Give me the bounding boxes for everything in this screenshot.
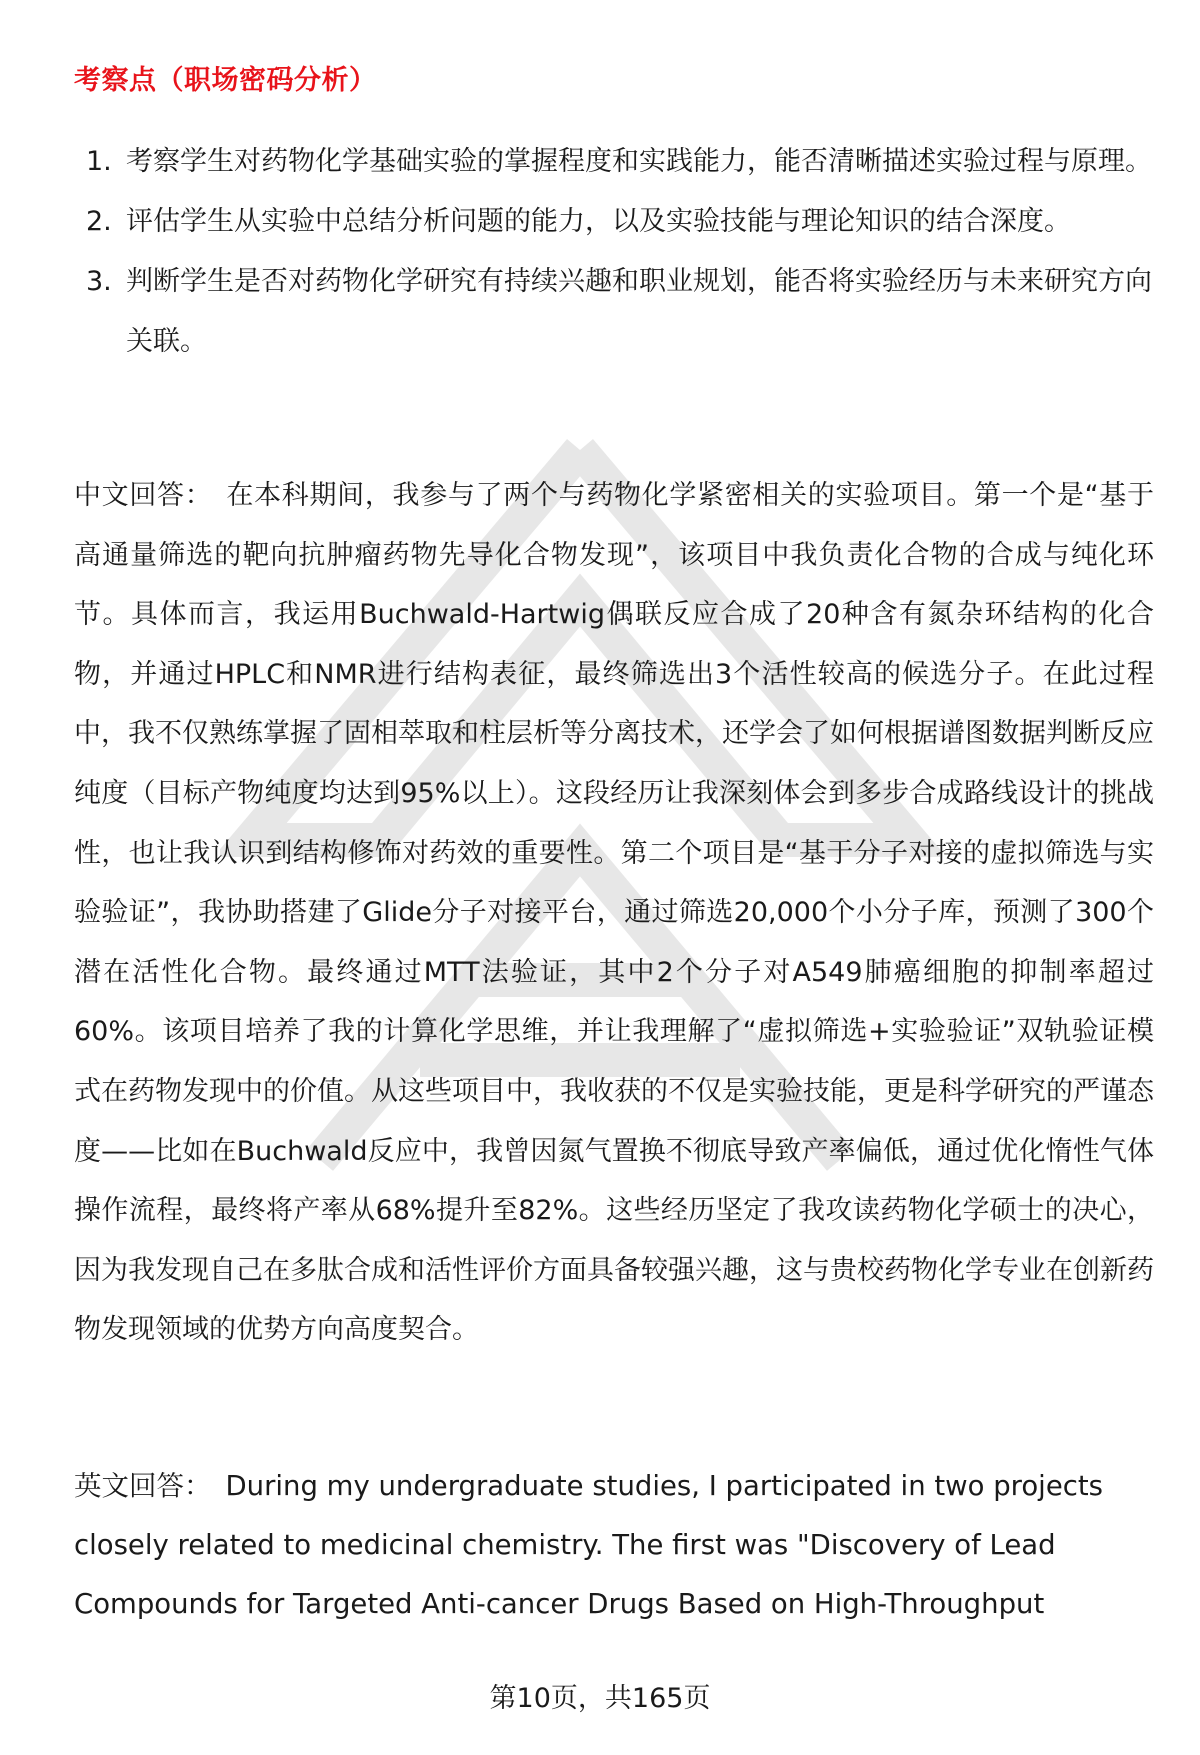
list-item-text: 评估学生从实验中总结分析问题的能力，以及实验技能与理论知识的结合深度。: [126, 206, 1071, 237]
page-indicator: 第10页，共165页: [0, 1676, 1200, 1715]
assessment-points-list: 1. 考察学生对药物化学基础实验的掌握程度和实践能力，能否清晰描述实验过程与原理…: [74, 132, 1154, 372]
list-item-number: 3.: [86, 252, 112, 312]
english-answer-label: 英文回答：: [74, 1470, 212, 1502]
list-item-text: 考察学生对药物化学基础实验的掌握程度和实践能力，能否清晰描述实验过程与原理。: [126, 146, 1152, 177]
chinese-answer-text: 在本科期间，我参与了两个与药物化学紧密相关的实验项目。第一个是“基于高通量筛选的…: [74, 480, 1154, 1345]
list-item-number: 1.: [86, 132, 112, 192]
list-item-number: 2.: [86, 192, 112, 252]
chinese-answer-label: 中文回答：: [74, 480, 212, 511]
chinese-answer-paragraph: 中文回答：在本科期间，我参与了两个与药物化学紧密相关的实验项目。第一个是“基于高…: [74, 466, 1154, 1360]
list-item-text: 判断学生是否对药物化学研究有持续兴趣和职业规划，能否将实验经历与未来研究方向关联…: [126, 266, 1152, 357]
list-item: 2. 评估学生从实验中总结分析问题的能力，以及实验技能与理论知识的结合深度。: [74, 192, 1154, 252]
english-answer-text: During my undergraduate studies, I parti…: [74, 1470, 1103, 1620]
list-item: 1. 考察学生对药物化学基础实验的掌握程度和实践能力，能否清晰描述实验过程与原理…: [74, 132, 1154, 192]
list-item: 3. 判断学生是否对药物化学研究有持续兴趣和职业规划，能否将实验经历与未来研究方…: [74, 252, 1154, 372]
section-title: 考察点（职场密码分析）: [74, 58, 377, 97]
english-answer-paragraph: 英文回答：During my undergraduate studies, I …: [74, 1457, 1154, 1634]
